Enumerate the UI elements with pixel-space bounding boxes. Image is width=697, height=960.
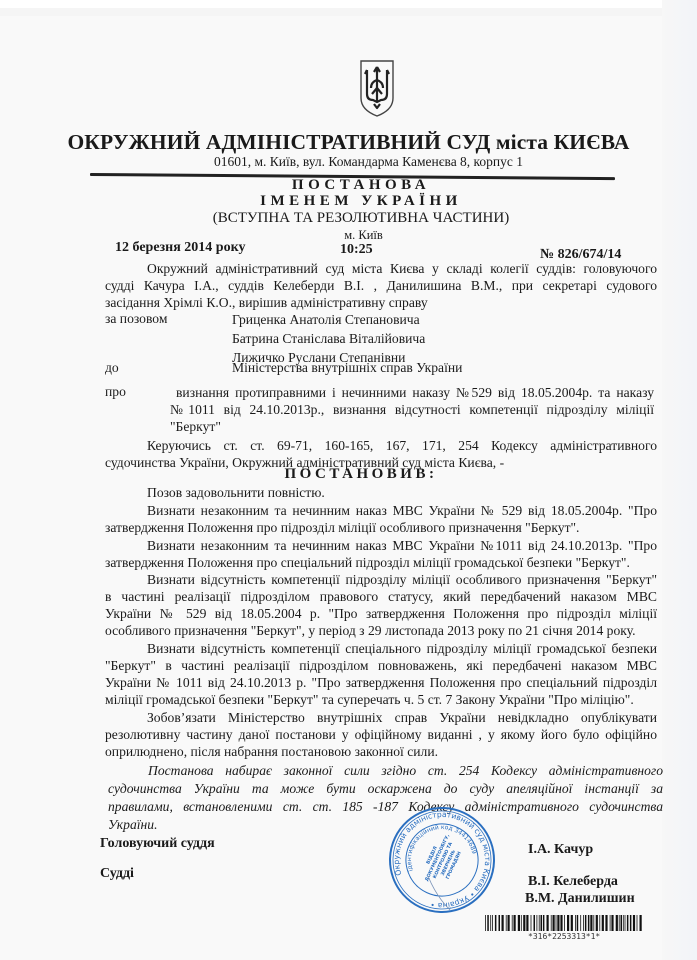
trident-emblem-icon bbox=[358, 58, 396, 118]
defendant: Міністерства внутрішніх справ України bbox=[232, 360, 462, 376]
judges-label: Судді bbox=[100, 866, 134, 882]
plaintiff: Гриценка Анатолія Степановича bbox=[232, 311, 425, 328]
intro-paragraph: Окружний адміністративний суд міста Києв… bbox=[105, 260, 657, 311]
in-name-of: ІМЕНЕМ УКРАЇНИ bbox=[0, 193, 697, 210]
intro-line: Окружний адміністративний суд міста Києв… bbox=[105, 260, 657, 277]
court-stamp-icon: Окружний адміністративний суд міста Києв… bbox=[388, 806, 496, 914]
presiding-judge-name: І.А. Качур bbox=[528, 842, 593, 858]
document-type: ПОСТАНОВА bbox=[0, 177, 697, 194]
decision-item: Визнати відсутність компетенції спеціаль… bbox=[105, 640, 657, 708]
subject-text: визнання протиправними і нечинними наказ… bbox=[170, 384, 654, 435]
barcode-number: *316*2253313*1* bbox=[528, 932, 600, 941]
subject-label: про bbox=[105, 384, 126, 400]
decision-item: Визнати відсутність компетенції підрозді… bbox=[105, 571, 657, 639]
appeal-note: Постанова набирає законної сили згідно с… bbox=[108, 762, 663, 834]
decision-item: Визнати незаконним та нечинним наказ МВС… bbox=[105, 537, 657, 571]
plaintiffs-label: за позовом bbox=[105, 311, 167, 327]
decision-item: Зобов’язати Міністерство внутрішніх спра… bbox=[105, 709, 657, 760]
top-margin-shade bbox=[0, 8, 697, 16]
decision-date: 12 березня 2014 року bbox=[115, 240, 245, 256]
judge-name: В.І. Келеберда bbox=[528, 874, 618, 890]
plaintiff: Батрина Станіслава Віталійовича bbox=[232, 330, 425, 347]
decision-time: 10:25 bbox=[340, 242, 373, 258]
decision-heading: ПОСТАНОВИВ: bbox=[0, 466, 697, 483]
plaintiffs-list: Гриценка Анатолія Степановича Батрина Ст… bbox=[232, 311, 425, 366]
presiding-judge-label: Головуючий суддя bbox=[100, 836, 215, 852]
document-parts: (ВСТУПНА ТА РЕЗОЛЮТИВНА ЧАСТИНИ) bbox=[0, 210, 697, 227]
barcode bbox=[485, 915, 645, 931]
judge-name: В.М. Данилишин bbox=[525, 891, 635, 907]
intro-line: судді Качура І.А., суддів Келеберди В.І.… bbox=[105, 277, 657, 294]
city: м. Київ bbox=[0, 228, 697, 243]
intro-line: засідання Хрімлі К.О., вирішив адміністр… bbox=[105, 294, 657, 311]
top-margin bbox=[0, 0, 697, 8]
defendant-label: до bbox=[105, 360, 119, 376]
decision-item: Позов задовольнити повністю. bbox=[105, 484, 657, 501]
court-address: 01601, м. Київ, вул. Командарма Каменєва… bbox=[0, 154, 697, 170]
court-name: ОКРУЖНИЙ АДМІНІСТРАТИВНИЙ СУД міста КИЄВ… bbox=[0, 130, 697, 155]
decision-item: Визнати незаконним та нечинним наказ МВС… bbox=[105, 502, 657, 536]
